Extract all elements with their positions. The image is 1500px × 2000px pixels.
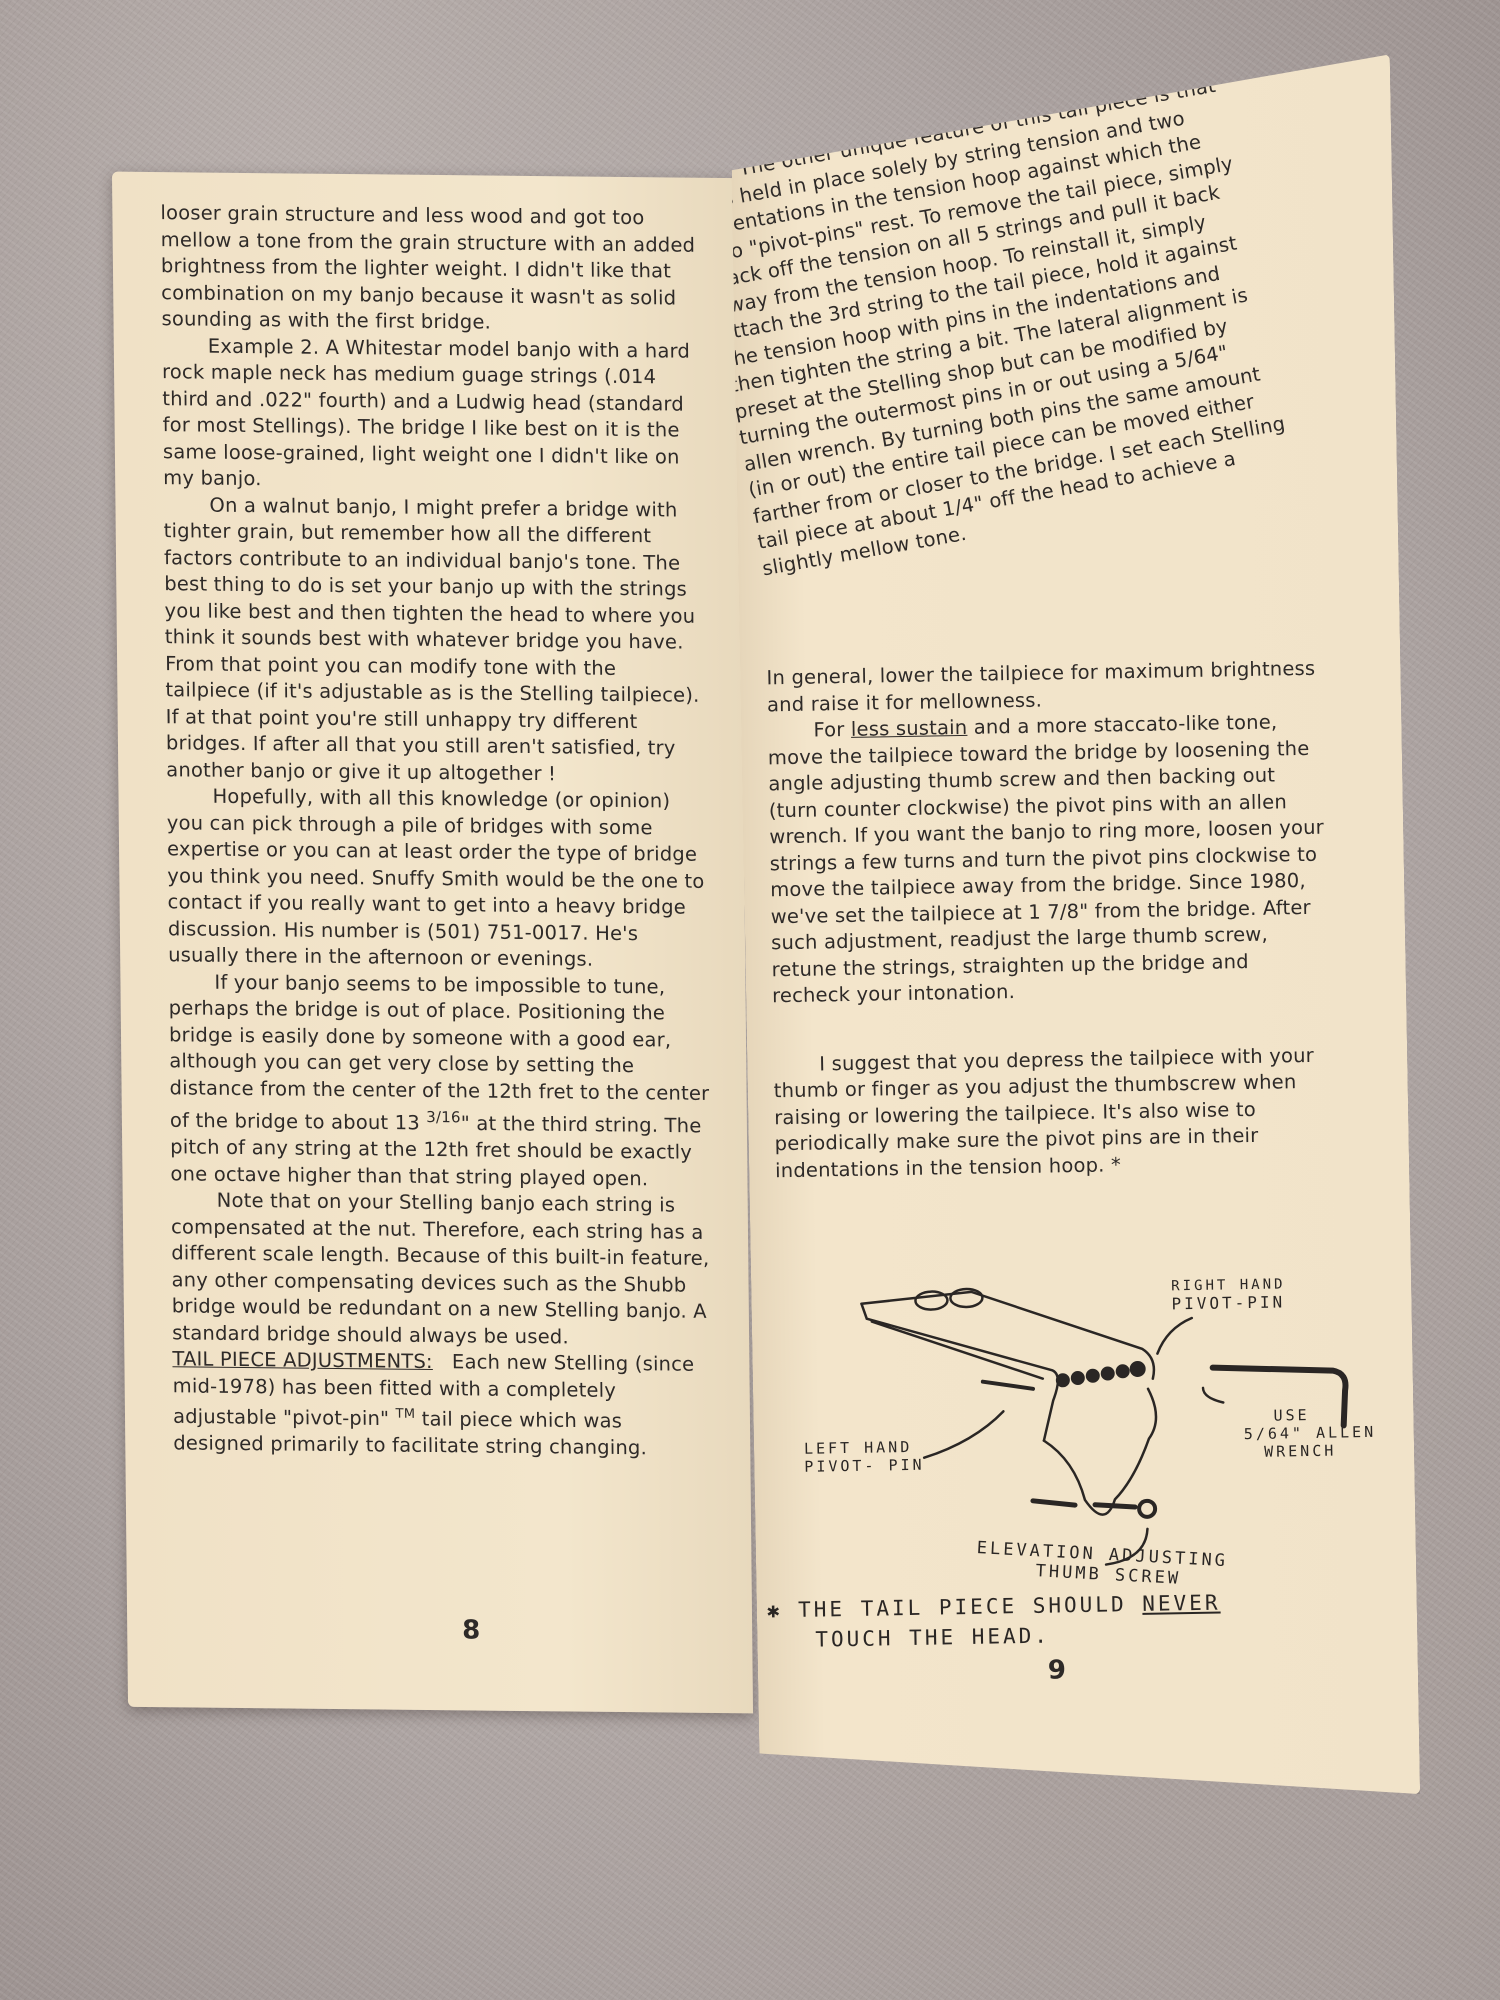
label-left-pivot-pin: LEFT HAND PIVOT- PIN: [804, 1438, 925, 1476]
trademark: TM: [396, 1407, 416, 1422]
paragraph-tailpiece: TAIL PIECE ADJUSTMENTS: Each new Stellin…: [172, 1346, 713, 1462]
paragraph-sustain: For less sustain and a more staccato-lik…: [767, 709, 1332, 1010]
emphasis-never: NEVER: [1142, 1591, 1221, 1616]
page-8: looser grain structure and less wood and…: [112, 172, 753, 1714]
underlined-phrase: less sustain: [851, 716, 968, 741]
left-column-text: looser grain structure and less wood and…: [160, 200, 713, 1462]
paragraph-suggestion: I suggest that you depress the tailpiece…: [773, 1042, 1335, 1184]
label-allen-wrench: USE 5/64" ALLEN WRENCH: [1243, 1405, 1376, 1461]
page-number: 8: [462, 1615, 480, 1645]
paragraph-tuning: If your banjo seems to be impossible to …: [168, 969, 710, 1193]
tailpiece-diagram: RIGHT HAND PIVOT-PIN LEFT HAND PIVOT- PI…: [771, 1255, 1397, 1596]
section-heading: TAIL PIECE ADJUSTMENTS:: [172, 1347, 433, 1373]
page-number: 9: [1048, 1655, 1067, 1685]
fraction: 3/16: [426, 1108, 461, 1126]
paragraph-hopefully: Hopefully, with all this knowledge (or o…: [166, 783, 708, 974]
paragraph-example-2: Example 2. A Whitestar model banjo with …: [162, 333, 704, 498]
asterisk-icon: ✱: [767, 1598, 783, 1622]
right-column-lower: In general, lower the tailpiece for maxi…: [766, 656, 1335, 1185]
footnote-never-touch-head: ✱ THE TAIL PIECE SHOULD NEVER TOUCH THE …: [767, 1588, 1222, 1656]
paragraph: looser grain structure and less wood and…: [160, 200, 701, 338]
label-right-pivot-pin: RIGHT HAND PIVOT-PIN: [1171, 1276, 1286, 1313]
page-9: Each string has its own slot and can be …: [730, 54, 1420, 1805]
paragraph-walnut: On a walnut banjo, I might prefer a brid…: [163, 492, 706, 789]
paragraph-general: In general, lower the tailpiece for maxi…: [766, 656, 1327, 719]
paragraph-compensation: Note that on your Stelling banjo each st…: [171, 1187, 713, 1352]
